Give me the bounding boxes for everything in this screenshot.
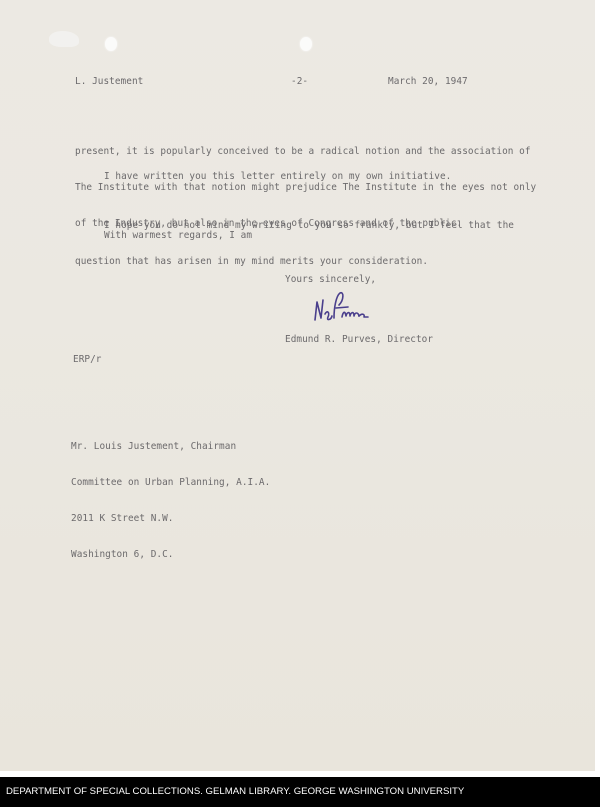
header-recipient: L. Justement [75,76,143,88]
address-line: Washington 6, D.C. [71,549,270,561]
body-paragraph-2: I have written you this letter entirely … [104,171,451,183]
closing-salutation: Yours sincerely, [285,274,376,286]
address-line: Committee on Urban Planning, A.I.A. [71,477,270,489]
punch-hole-left [105,37,117,51]
letter-page: L. Justement -2- March 20, 1947 present,… [0,0,595,771]
credit-text: DEPARTMENT OF SPECIAL COLLECTIONS. GELMA… [6,786,464,797]
handwritten-signature [312,290,374,326]
text-line: The Institute with that notion might pre… [75,182,536,194]
document-viewer: L. Justement -2- March 20, 1947 present,… [0,0,600,807]
recipient-address: Mr. Louis Justement, Chairman Committee … [71,417,270,585]
signer-name-title: Edmund R. Purves, Director [285,334,433,346]
punch-hole-center [300,37,312,51]
text-line: question that has arisen in my mind meri… [75,256,514,268]
embossed-stamp-mark [49,31,79,47]
header-date: March 20, 1947 [388,76,468,88]
reference-initials: ERP/r [73,354,101,366]
header-page-number: -2- [291,76,308,88]
body-paragraph-4: With warmest regards, I am [104,230,252,242]
address-line: 2011 K Street N.W. [71,513,270,525]
address-line: Mr. Louis Justement, Chairman [71,441,270,453]
text-line: present, it is popularly conceived to be… [75,146,536,158]
credit-footer-bar: DEPARTMENT OF SPECIAL COLLECTIONS. GELMA… [0,777,600,807]
